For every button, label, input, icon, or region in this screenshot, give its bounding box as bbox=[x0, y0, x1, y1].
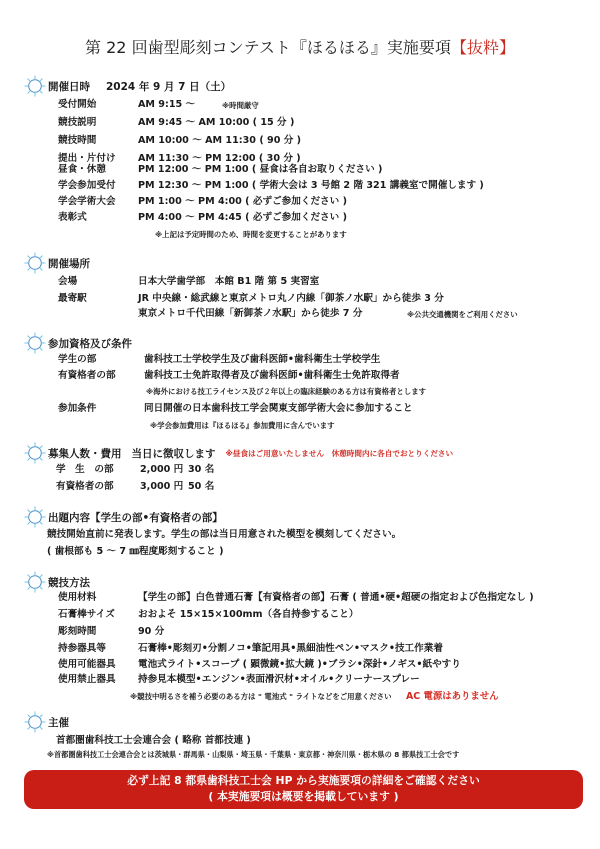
section-eligibility-heading: 参加資格及び条件 bbox=[24, 333, 132, 353]
row-label: 会場 bbox=[58, 274, 77, 289]
schedule-row: 表彰式PM 4:00 ～ PM 4:45 ( 必ずご参加ください ) bbox=[58, 210, 87, 225]
row-value: 石膏棒•彫刻刃•分割ノコ•筆記用具•黒細油性ペン•マスク•技工作業着 bbox=[138, 641, 443, 656]
row-label: 学会学術大会 bbox=[58, 194, 116, 209]
title-main: 第 22 回歯型彫刻コンテスト『ほるほる』実施要項 bbox=[85, 38, 451, 57]
notice-banner: 必ず上記 8 都県歯科技工士会 HP から実施要項の詳細をご確認ください ( 本… bbox=[24, 770, 583, 809]
row-label: 有資格者の部 bbox=[56, 479, 114, 494]
no-ac-power-warning: AC 電源はありません bbox=[406, 691, 498, 702]
problem-line-1: 競技開始直前に発表します。学生の部は当日用意された模型を模刻してください。 bbox=[47, 526, 401, 540]
venue-row: 最寄駅JR 中央線・総武線と東京メトロ丸ノ内線「御茶ノ水駅」から徒歩 3 分 bbox=[58, 291, 87, 306]
row-label: 学 生 の部 bbox=[56, 462, 114, 477]
schedule-row: 競技時間AM 10:00 ～ AM 11:30 ( 90 分 ) bbox=[58, 133, 96, 148]
row-label: 表彰式 bbox=[58, 210, 87, 225]
sun-icon bbox=[24, 711, 46, 733]
schedule-row: 昼食・休憩PM 12:00 ～ PM 1:00 ( 昼食は各自お取りください ) bbox=[58, 162, 106, 177]
eligibility-note: ※海外における技工ライセンス及び２年以上の臨床経験のある方は有資格者とします bbox=[146, 386, 426, 397]
fee-price: 2,000 円 bbox=[140, 462, 183, 477]
row-value: 【学生の部】白色普通石膏【有資格者の部】石膏 ( 普通•硬•超硬の指定および色指… bbox=[138, 590, 534, 605]
section-organizer-heading: 主催 bbox=[24, 712, 69, 732]
page-title: 第 22 回歯型彫刻コンテスト『ほるほる』実施要項【抜粋】 bbox=[0, 35, 600, 58]
row-value: AM 9:15 ～ bbox=[138, 97, 195, 112]
method-row: 使用可能器具電池式ライト•スコープ ( 顕微鏡•拡大鏡 )•ブラシ•深針•ノギス… bbox=[58, 657, 116, 672]
row-value: PM 12:30 ～ PM 1:00 ( 学術大会は 3 号館 2 階 321 … bbox=[138, 178, 484, 193]
row-label: 持参器具等 bbox=[58, 641, 106, 656]
lunch-warning: ※昼食はご用意いたしません 休憩時間内に各自でおとりください bbox=[226, 448, 454, 459]
fee-count: 30 名 bbox=[188, 462, 214, 477]
method-row: 彫刻時間90 分 bbox=[58, 624, 96, 639]
heading-text: 開催日時 bbox=[48, 79, 90, 94]
problem-line-2: ( 歯根部も 5 ～ 7 ㎜程度彫刻すること ) bbox=[47, 543, 223, 557]
section-method-heading: 競技方法 bbox=[24, 572, 90, 592]
row-label: 彫刻時間 bbox=[58, 624, 96, 639]
schedule-row: 受付開始AM 9:15 ～※時間厳守 bbox=[58, 97, 96, 112]
banner-line-2: ( 本実施要項は概要を掲載しています ) bbox=[24, 789, 583, 805]
row-label: 競技説明 bbox=[58, 115, 96, 130]
row-value: 日本大学歯学部 本館 B1 階 第 5 実習室 bbox=[138, 274, 319, 289]
organizer-note: ※首都圏歯科技工士会連合会とは茨城県・群馬県・山梨県・埼玉県・千葉県・東京都・神… bbox=[47, 750, 459, 760]
banner-line-1: 必ず上記 8 都県歯科技工士会 HP から実施要項の詳細をご確認ください bbox=[24, 773, 583, 789]
schedule-row: 学会参加受付PM 12:30 ～ PM 1:00 ( 学術大会は 3 号館 2 … bbox=[58, 178, 116, 193]
eligibility-row: 学生の部歯科技工士学校学生及び歯科医師•歯科衛生士学校学生 bbox=[58, 352, 96, 367]
row-label: 受付開始 bbox=[58, 97, 96, 112]
schedule-row: 学会学術大会PM 1:00 ～ PM 4:00 ( 必ずご参加ください ) bbox=[58, 194, 116, 209]
title-accent: 【抜粋】 bbox=[451, 38, 515, 57]
schedule-row: 競技説明AM 9:45 ～ AM 10:00 ( 15 分 ) bbox=[58, 115, 96, 130]
sun-icon bbox=[24, 252, 46, 274]
row-value: PM 12:00 ～ PM 1:00 ( 昼食は各自お取りください ) bbox=[138, 162, 382, 177]
row-note: ※時間厳守 bbox=[222, 98, 259, 113]
organizer-name: 首都圏歯科技工士会連合会 ( 略称 首都技連 ) bbox=[56, 732, 251, 746]
fees-subheading: 当日に徴収します bbox=[132, 446, 216, 461]
fee-row: 有資格者の部3,000 円50 名 bbox=[56, 479, 114, 494]
row-value: おおよそ 15×15×100mm（各自持参すること） bbox=[138, 607, 358, 622]
section-fees-heading: 募集人数・費用 当日に徴収します ※昼食はご用意いたしません 休憩時間内に各自で… bbox=[24, 443, 453, 463]
fee-row: 学 生 の部2,000 円30 名 bbox=[56, 462, 114, 477]
sun-icon bbox=[24, 571, 46, 593]
method-row: 石膏棒サイズおおよそ 15×15×100mm（各自持参すること） bbox=[58, 607, 115, 622]
row-value: 持参見本模型•エンジン•表面滑沢材•オイル•クリーナースプレー bbox=[138, 672, 420, 687]
row-value: 東京メトロ千代田線「新御茶ノ水駅」から徒歩 7 分 bbox=[138, 306, 362, 321]
row-label: 学生の部 bbox=[58, 352, 96, 367]
row-label: 参加条件 bbox=[58, 401, 96, 416]
row-label: 使用材料 bbox=[58, 590, 96, 605]
heading-text: 競技方法 bbox=[48, 575, 90, 590]
fee-count: 50 名 bbox=[188, 479, 214, 494]
row-label: 使用可能器具 bbox=[58, 657, 116, 672]
row-note: ※公共交通機関をご利用ください bbox=[407, 307, 518, 322]
sun-icon bbox=[24, 332, 46, 354]
method-row: 使用材料【学生の部】白色普通石膏【有資格者の部】石膏 ( 普通•硬•超硬の指定お… bbox=[58, 590, 96, 605]
section-schedule-heading: 開催日時 2024 年 9 月 7 日（土） bbox=[24, 76, 231, 96]
eligibility-row: 参加条件同日開催の日本歯科技工学会関東支部学術大会に参加すること bbox=[58, 401, 96, 416]
method-footnote: ※競技中明るさを補う必要のある方は " 電池式 " ライトなどをご用意ください … bbox=[130, 688, 498, 702]
event-date: 2024 年 9 月 7 日（土） bbox=[106, 79, 231, 94]
row-value: JR 中央線・総武線と東京メトロ丸ノ内線「御茶ノ水駅」から徒歩 3 分 bbox=[138, 291, 444, 306]
row-label: 使用禁止器具 bbox=[58, 672, 116, 687]
section-problem-heading: 出題内容【学生の部•有資格者の部】 bbox=[24, 507, 223, 527]
fee-price: 3,000 円 bbox=[140, 479, 183, 494]
row-value: 電池式ライト•スコープ ( 顕微鏡•拡大鏡 )•ブラシ•深針•ノギス•紙やすり bbox=[138, 657, 461, 672]
row-label: 学会参加受付 bbox=[58, 178, 116, 193]
row-value: 90 分 bbox=[138, 624, 164, 639]
heading-text: 参加資格及び条件 bbox=[48, 336, 132, 351]
row-value: 同日開催の日本歯科技工学会関東支部学術大会に参加すること bbox=[144, 401, 413, 416]
row-label: 有資格者の部 bbox=[58, 368, 116, 383]
eligibility-row: 有資格者の部歯科技工士免許取得者及び歯科医師•歯科衛生士免許取得者 bbox=[58, 368, 116, 383]
row-value: 歯科技工士学校学生及び歯科医師•歯科衛生士学校学生 bbox=[144, 352, 380, 367]
schedule-footnote: ※上記は予定時間のため、時間を変更することがあります bbox=[155, 229, 347, 240]
venue-row: 会場日本大学歯学部 本館 B1 階 第 5 実習室 bbox=[58, 274, 77, 289]
row-value: 歯科技工士免許取得者及び歯科医師•歯科衛生士免許取得者 bbox=[144, 368, 400, 383]
footnote-text: ※競技中明るさを補う必要のある方は " 電池式 " ライトなどをご用意ください bbox=[130, 692, 391, 701]
method-row: 持参器具等石膏棒•彫刻刃•分割ノコ•筆記用具•黒細油性ペン•マスク•技工作業着 bbox=[58, 641, 106, 656]
sun-icon bbox=[24, 75, 46, 97]
section-venue-heading: 開催場所 bbox=[24, 253, 90, 273]
row-label: 最寄駅 bbox=[58, 291, 87, 306]
row-label: 競技時間 bbox=[58, 133, 96, 148]
row-label: 昼食・休憩 bbox=[58, 162, 106, 177]
sun-icon bbox=[24, 442, 46, 464]
row-value: PM 1:00 ～ PM 4:00 ( 必ずご参加ください ) bbox=[138, 194, 347, 209]
eligibility-note: ※学会参加費用は『ほるほる』参加費用に含んでいます bbox=[150, 420, 335, 431]
row-value: AM 10:00 ～ AM 11:30 ( 90 分 ) bbox=[138, 133, 301, 148]
heading-text: 出題内容【学生の部•有資格者の部】 bbox=[48, 510, 223, 525]
row-label: 石膏棒サイズ bbox=[58, 607, 115, 622]
heading-text: 開催場所 bbox=[48, 256, 90, 271]
method-row: 使用禁止器具持参見本模型•エンジン•表面滑沢材•オイル•クリーナースプレー bbox=[58, 672, 116, 687]
heading-text: 主催 bbox=[48, 715, 69, 730]
sun-icon bbox=[24, 506, 46, 528]
row-value: PM 4:00 ～ PM 4:45 ( 必ずご参加ください ) bbox=[138, 210, 347, 225]
heading-text: 募集人数・費用 bbox=[48, 446, 122, 461]
row-value: AM 9:45 ～ AM 10:00 ( 15 分 ) bbox=[138, 115, 294, 130]
